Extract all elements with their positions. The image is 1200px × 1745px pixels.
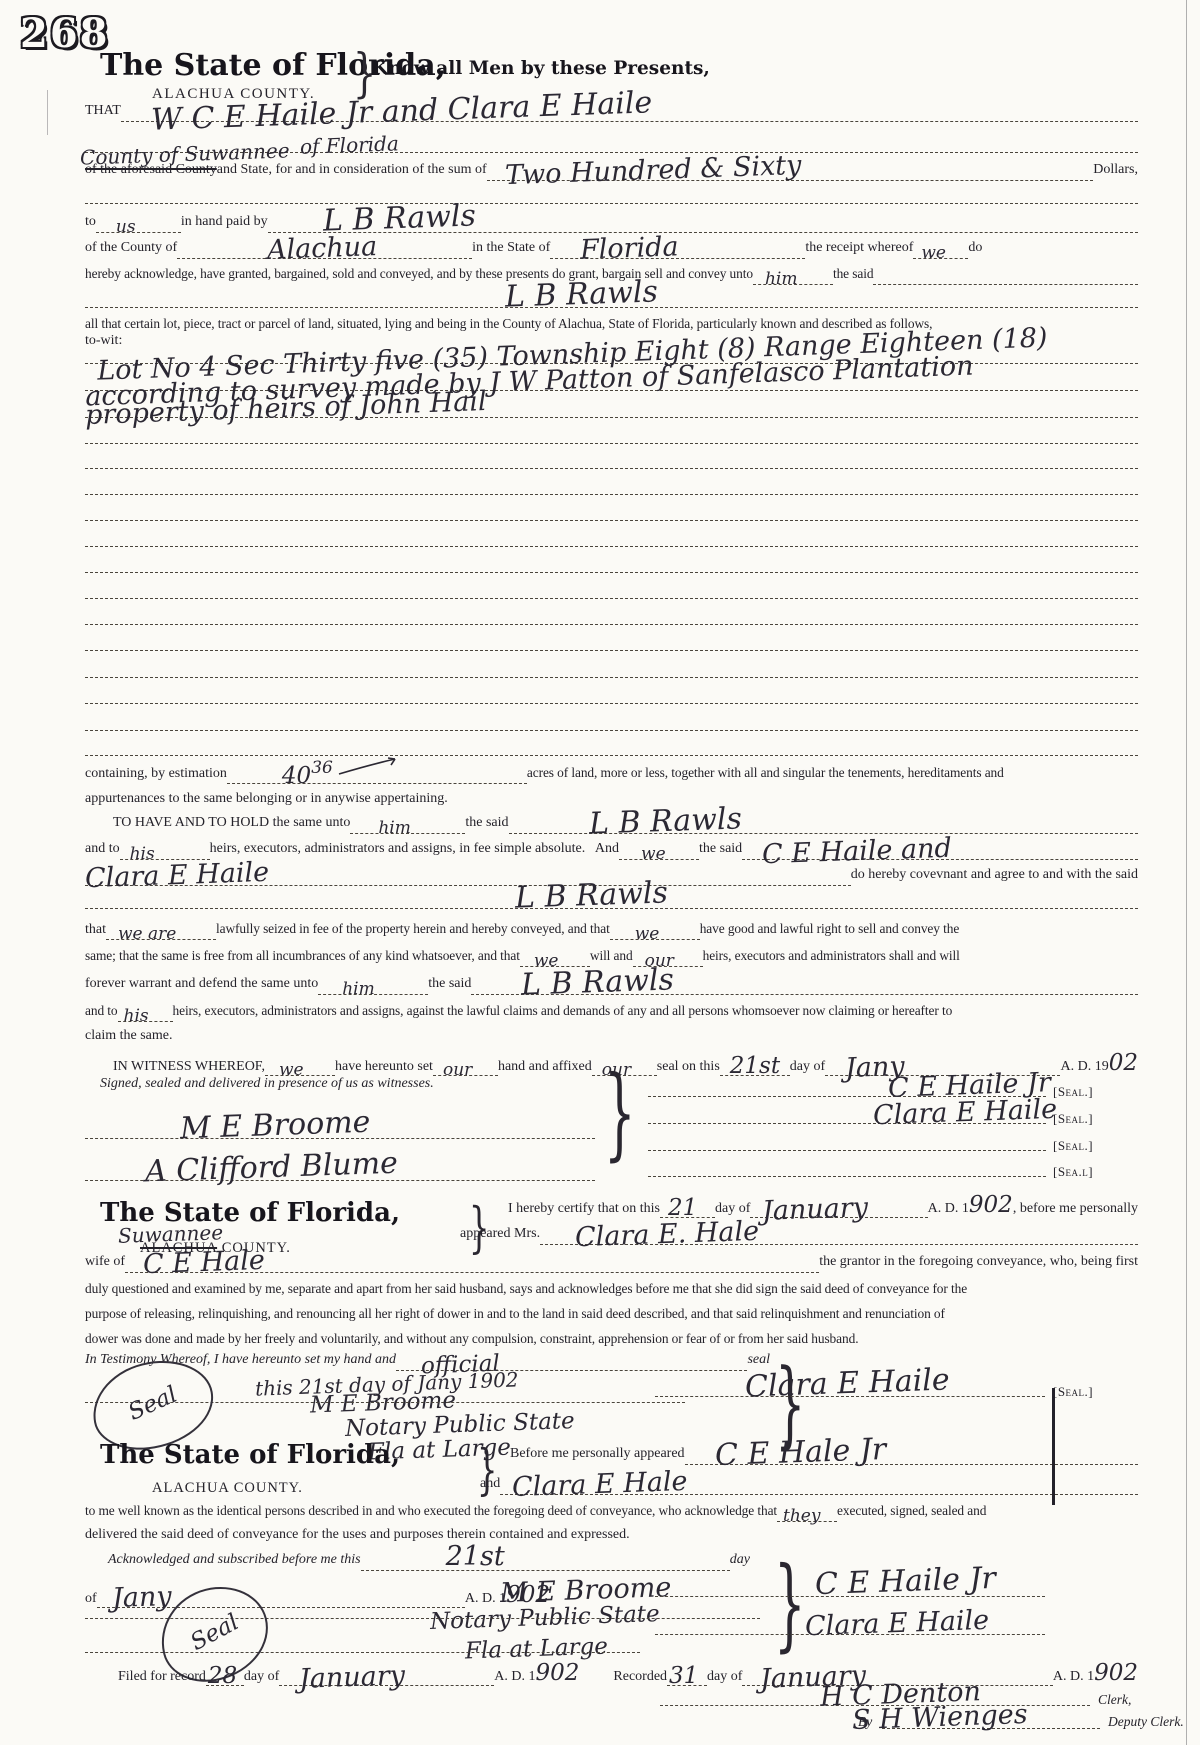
good-right-text: have good and lawful right to sell and c… [700, 921, 960, 937]
our-handwriting: our [443, 1060, 472, 1080]
day-fill-line: 21st [361, 1552, 730, 1571]
of-florida-handwriting: of Florida [300, 131, 400, 158]
we-fill-line: we [265, 1050, 335, 1076]
scan-edge-mark [47, 90, 48, 135]
day-handwriting: 28 [208, 1663, 237, 1689]
state-title-3: The State of Florida, [100, 1440, 400, 1470]
deputy-signature: S H Wienges [852, 1699, 1029, 1736]
aforesaid-struck-text: of the aforesaid County [85, 162, 217, 178]
grantor-line: THAT W C E Haile Jr and Clara E Haile [85, 103, 1138, 122]
wife-of-label: wife of [85, 1254, 125, 1270]
dashed-line: L B Rawls [85, 307, 1138, 308]
dashed-line [85, 494, 1138, 495]
we-are-fill-line: we are [106, 921, 216, 940]
we-fill-line: we [520, 948, 590, 967]
dashed-line [85, 677, 1138, 678]
scan-edge-line [1186, 0, 1187, 1745]
him-handwriting: him [342, 979, 375, 999]
acknowledged-brace: } [774, 1548, 806, 1660]
month-handwriting: January [762, 1192, 869, 1227]
day-fill-line: 21 [660, 1192, 715, 1218]
him-fill-line: him [350, 815, 465, 834]
grantee-name-handwriting: L B Rawls [504, 274, 658, 314]
the-said-label: the said [833, 266, 873, 282]
month-handwriting: Jany [111, 1581, 172, 1614]
incumbrances-text: same; that the same is free from all inc… [85, 948, 520, 964]
day-word: day [730, 1552, 750, 1568]
day-fill-line: 21st [720, 1050, 790, 1076]
of-month-line: of Jany A. D. 1 902 [85, 1582, 550, 1608]
dashed-line [85, 520, 1138, 521]
seal-label-4: [Sea.l] [1053, 1164, 1093, 1180]
do-label: do [968, 240, 982, 256]
clara-fill-line: Clara E Haile [85, 867, 851, 886]
we-fill-line: we [610, 921, 700, 940]
him-fill-line: him [318, 976, 428, 995]
wife-of-line: wife of C E Hale the grantor in the fore… [85, 1254, 1138, 1273]
day-handwriting: 21st [730, 1053, 780, 1079]
warrant-text: forever warrant and defend the same unto [85, 976, 318, 992]
dower-text-2: purpose of releasing, relinquishing, and… [85, 1306, 945, 1322]
dashed-line: L B Rawls [85, 908, 1138, 909]
our-fill-line: our [433, 1050, 498, 1076]
well-known-text: to me well known as the identical person… [85, 1503, 777, 1519]
in-state-label: in the State of [472, 240, 550, 256]
appeared-line: appeared Mrs. Clara E. Hale [460, 1226, 1138, 1245]
county-state-line: of the County of Alachua in the State of… [85, 240, 1138, 259]
dashed-line [85, 650, 1138, 651]
year-handwriting: 902 [535, 1660, 579, 1686]
filed-recorded-line: Filed for record 28 day of January A. D.… [118, 1660, 1138, 1686]
acres-number: 40 [282, 763, 311, 789]
we-are-handwriting: we are [118, 924, 176, 944]
appurtenances-text: appurtenances to the same belonging or i… [85, 791, 448, 807]
seal-word: seal [747, 1352, 770, 1368]
dower-text-3: dower was done and made by her freely an… [85, 1331, 858, 1347]
his-fill-line: his [118, 1003, 173, 1022]
grantee-fill-line: L B Rawls [509, 815, 1139, 834]
amount-fill-line: Two Hundred & Sixty [487, 162, 1094, 181]
wife-signature: Clara E Haile [744, 1362, 950, 1404]
will-and-label: will and [590, 948, 633, 964]
day-of-label: day of [244, 1669, 279, 1685]
seal-label: [Seal.] [1053, 1384, 1093, 1400]
dashed-line [85, 443, 1138, 444]
witness-brace: } [604, 1058, 636, 1168]
seal-word-handwriting: Seal [124, 1382, 181, 1426]
acknowledger-line-1: C E Haile Jr [655, 1596, 1045, 1597]
grantor-text: the grantor in the foregoing conveyance,… [819, 1254, 1138, 1270]
to-wit-label: to-wit: [85, 333, 122, 349]
dashed-line [85, 703, 1138, 704]
day-fill-line: 28 [206, 1660, 244, 1686]
seal-on-this-label: seal on this [657, 1059, 720, 1075]
county-subtitle-3: ALACHUA COUNTY. [152, 1480, 303, 1497]
deputy-clerk-label: Deputy Clerk. [1108, 1714, 1184, 1730]
acknowledger-line-2: Clara E Haile [655, 1634, 1045, 1635]
year-handwriting: 02 [1109, 1050, 1138, 1076]
clara-handwriting: Clara E. Hale [575, 1216, 760, 1253]
they-fill-line: they [777, 1503, 837, 1522]
dashed-line [85, 468, 1138, 469]
hand-affixed-label: hand and affixed [498, 1059, 592, 1075]
certify-line: I hereby certify that on this 21 day of … [508, 1192, 1138, 1218]
grantors-fill-line: C E Haile and [742, 841, 1138, 860]
year-handwriting: 902 [969, 1192, 1013, 1218]
alachua-handwriting: Alachua [267, 231, 378, 266]
grantee-handwriting: L B Rawls [588, 801, 742, 841]
day-handwriting: 31 [669, 1663, 698, 1689]
we-fill-line: we [619, 841, 699, 860]
seal-word-handwriting: Seal [186, 1609, 243, 1656]
clara-handwriting: Clara E Haile [85, 857, 270, 894]
acknowledged-text: Acknowledged and subscribed before me th… [108, 1552, 361, 1568]
dower-text-1: duly questioned and examined by me, sepa… [85, 1281, 967, 1297]
we-handwriting: we [635, 924, 660, 944]
grantee-fill-line: L B Rawls [471, 976, 1138, 995]
claim-same-text: claim the same. [85, 1028, 172, 1044]
warrant-line: forever warrant and defend the same unto… [85, 976, 1138, 995]
witness-signature-1: M E Broome [179, 1105, 371, 1147]
situate-text: all that certain lot, piece, tract or pa… [85, 316, 932, 332]
recorded-label: Recorded [613, 1669, 667, 1685]
county-fill-line: Alachua [177, 240, 472, 259]
acknowledger-signature-2: Clara E Haile [805, 1605, 990, 1642]
and-to-label: and to [85, 1003, 118, 1019]
deputy-signature-line: S H Wienges [882, 1728, 1100, 1729]
to-label: to [85, 214, 96, 230]
state-fill-line: Florida [550, 240, 805, 259]
seal-label-3: [Seal.] [1053, 1138, 1093, 1154]
dashed-line [85, 203, 1138, 204]
heirs-text: heirs, executors, administrators and ass… [210, 841, 619, 857]
acres-rest-text: acres of land, more or less, together wi… [527, 765, 1004, 781]
grantee-name-handwriting: L B Rawls [514, 875, 668, 915]
official-fill-line: official [396, 1352, 747, 1371]
appearer-signature-2: Clara E Hale [512, 1466, 689, 1503]
seal-line-3 [648, 1150, 1046, 1151]
seal-label-2: [Seal.] [1053, 1111, 1093, 1127]
name-fill-line: C E Hale Jr [685, 1446, 1138, 1465]
of-label: of [85, 1591, 97, 1607]
paid-by-line: to us in hand paid by L B Rawls [85, 214, 1138, 233]
month-fill-line: January [750, 1192, 927, 1218]
dashed-line [85, 546, 1138, 547]
blank-fill [873, 266, 1138, 285]
filed-label: Filed for record [118, 1669, 206, 1685]
we-handwriting: we [641, 844, 666, 864]
him-handwriting: him [378, 818, 411, 838]
dollars-label: Dollars, [1093, 162, 1138, 178]
florida-handwriting: Florida [580, 231, 680, 265]
name-fill-line: Clara E. Hale [540, 1226, 1138, 1245]
month-fill-line: January [279, 1660, 494, 1686]
seal-line-2: Clara E Haile [648, 1123, 1046, 1124]
day-fill-line: 31 [667, 1660, 707, 1686]
year-handwriting: 902 [1094, 1660, 1138, 1686]
containing-line: containing, by estimation 4036 acres of … [85, 765, 1138, 784]
claims-line: and to his heirs, executors, administrat… [85, 1003, 1138, 1022]
day-of-label: day of [715, 1201, 750, 1217]
amount-handwriting: Two Hundred & Sixty [504, 150, 801, 191]
page-number: 268 [20, 10, 110, 57]
executed-text: executed, signed, sealed and [837, 1503, 986, 1519]
dashed-line [85, 755, 1138, 756]
set-label: have hereunto set [335, 1059, 433, 1075]
appeared-label: appeared Mrs. [460, 1226, 540, 1242]
receipt-label: the receipt whereof [805, 240, 913, 256]
of-county-label: of the County of [85, 240, 177, 256]
they-handwriting: they [783, 1506, 820, 1526]
acreage-fill-line: 4036 [227, 765, 527, 784]
his-handwriting: his [124, 1006, 149, 1026]
ad-label: A. D. 1 [928, 1201, 969, 1217]
to-have-line: TO HAVE AND TO HOLD the same unto him th… [85, 815, 1138, 834]
well-known-line: to me well known as the identical person… [85, 1503, 1138, 1522]
presents-heading: Know all Men by these Presents, [372, 58, 710, 79]
acres-fraction: 36 [311, 758, 333, 778]
witness-line-1: M E Broome [85, 1138, 595, 1139]
witness-signature-2: A Clifford Blume [144, 1146, 398, 1190]
we-handwriting: we [921, 243, 946, 263]
husband-handwriting: C E Hale [143, 1245, 266, 1280]
day-of-label: day of [707, 1669, 742, 1685]
payee-fill-line: L B Rawls [268, 214, 1138, 233]
dashed-line [85, 624, 1138, 625]
before-me-label: Before me personally appeared [510, 1446, 685, 1462]
dashed-line [85, 572, 1138, 573]
description-line-3: property of heirs of John Hail [85, 417, 1138, 418]
seized-text: lawfully seized in fee of the property h… [216, 921, 610, 937]
seal-line-4 [648, 1176, 1046, 1177]
and-appearer-line: and Clara E Hale [480, 1476, 1138, 1495]
that-label: THAT [85, 103, 121, 119]
grantee-handwriting: L B Rawls [521, 962, 675, 1002]
consideration-line: of the aforesaid County and State, for a… [85, 162, 1138, 181]
to-have-label: TO HAVE AND TO HOLD the same unto [85, 815, 350, 831]
him-handwriting: him [765, 269, 798, 289]
we-fill-line: we [913, 240, 968, 259]
haile-and-handwriting: C E Haile and [762, 833, 953, 871]
and-label: and [480, 1476, 500, 1492]
appearer-signature-1: C E Hale Jr [714, 1432, 886, 1473]
month-fill-line: Jany [97, 1582, 465, 1608]
the-said-label: the said [699, 841, 742, 857]
ad-label: A. D. 1 [494, 1669, 535, 1685]
day-handwriting: 21st [446, 1541, 505, 1572]
him-fill-line: him [753, 266, 833, 285]
month-handwriting: January [299, 1660, 406, 1695]
the-said-label: the said [428, 976, 471, 992]
ad-label: A. D. 19 [1060, 1059, 1108, 1075]
dashed-line [85, 598, 1138, 599]
signed-sealed-text: Signed, sealed and delivered in presence… [100, 1076, 434, 1092]
acknowledged-line: Acknowledged and subscribed before me th… [108, 1552, 750, 1571]
wife-signature-line: Clara E Haile [655, 1396, 1045, 1397]
that-label: that [85, 922, 106, 938]
containing-label: containing, by estimation [85, 766, 227, 782]
and-to-label: and to [85, 841, 120, 857]
husband-fill-line: C E Hale [125, 1254, 819, 1273]
certify-text: I hereby certify that on this [508, 1201, 660, 1217]
seal-label-1: [Seal.] [1053, 1084, 1093, 1100]
witness-line-2: A Clifford Blume [85, 1180, 595, 1181]
consideration-text: and State, for and in consideration of t… [217, 162, 487, 178]
arrow-flourish [337, 755, 401, 777]
deed-record-page: 268 The State of Florida, ALACHUA COUNTY… [0, 0, 1200, 1745]
description-line-2: according to survey made by J W Patton o… [85, 390, 1138, 391]
delivered-text: delivered the said deed of conveyance fo… [85, 1527, 630, 1543]
day-of-label: day of [790, 1059, 825, 1075]
before-me-text: , before me personally [1013, 1201, 1138, 1217]
in-hand-paid-label: in hand paid by [181, 214, 268, 230]
us-handwriting: us [116, 217, 136, 237]
the-said-label: the said [465, 815, 508, 831]
his-fill-line: his [120, 841, 210, 860]
acknowledger-signature-1: C E Haile Jr [814, 1561, 996, 1602]
heirs-text: heirs, executors and administrators shal… [703, 948, 960, 964]
clerk-label: Clerk, [1098, 1692, 1131, 1708]
in-witness-label: IN WITNESS WHEREOF, [85, 1059, 265, 1075]
claims-text: heirs, executors, administrators and ass… [173, 1003, 953, 1019]
us-fill-line: us [96, 214, 181, 233]
name-fill-line: Clara E Hale [500, 1476, 1138, 1495]
seized-line: that we are lawfully seized in fee of th… [85, 921, 1138, 940]
dashed-line [85, 730, 1138, 731]
acreage-handwriting: 4036 [282, 755, 401, 789]
before-me-line: Before me personally appeared C E Hale J… [510, 1446, 1138, 1465]
grantor-signature-2: Clara E Haile [873, 1094, 1058, 1131]
ad-label: A. D. 1 [1053, 1669, 1094, 1685]
scan-fold-artifact [1052, 1388, 1055, 1505]
covenant-text: do hereby covevnant and agree to and wit… [851, 867, 1138, 883]
grantor-fill-line: W C E Haile Jr and Clara E Haile [121, 103, 1138, 122]
